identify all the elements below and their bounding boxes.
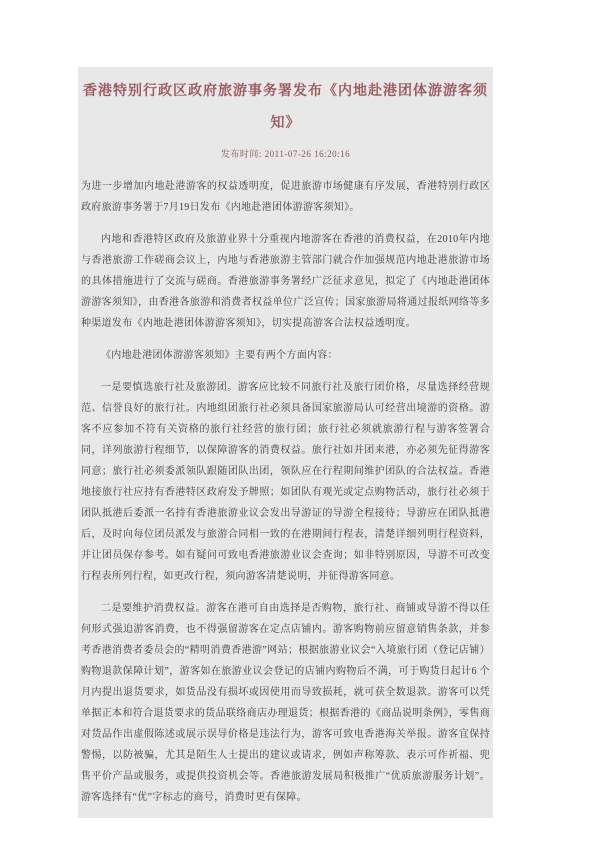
document-page: 香港特别行政区政府旅游事务署发布《内地赴港团体游游客须知》 发布时间: 2011… — [0, 0, 595, 842]
body-paragraph-intro: 为进一步增加内地赴港游客的权益透明度，促进旅游市场健康有序发展，香港特别行政区政… — [81, 176, 490, 218]
body-paragraph-lead-in: 《内地赴港团体游游客须知》主要有两个方面内容： — [81, 345, 490, 366]
body-paragraph-point-two: 二是要维护消费权益。游客在港可自由选择是否购物，旅行社、商铺或导游不得以任何形式… — [81, 598, 490, 808]
article-title: 香港特别行政区政府旅游事务署发布《内地赴港团体游游客须知》 — [81, 76, 490, 142]
article-body: 为进一步增加内地赴港游客的权益透明度，促进旅游市场健康有序发展，香港特别行政区政… — [81, 176, 490, 808]
body-paragraph-background: 内地和香港特区政府及旅游业界十分重视内地游客在香港的消费权益，在2010年内地与… — [81, 229, 490, 334]
publish-date: 发布时间: 2011-07-26 16:20:16 — [81, 148, 490, 160]
body-paragraph-point-one: 一是要慎选旅行社及旅游团。游客应比较不同旅行社及旅行团价格，尽量选择经营规范、信… — [81, 377, 490, 587]
article-container: 香港特别行政区政府旅游事务署发布《内地赴港团体游游客须知》 发布时间: 2011… — [78, 67, 493, 818]
